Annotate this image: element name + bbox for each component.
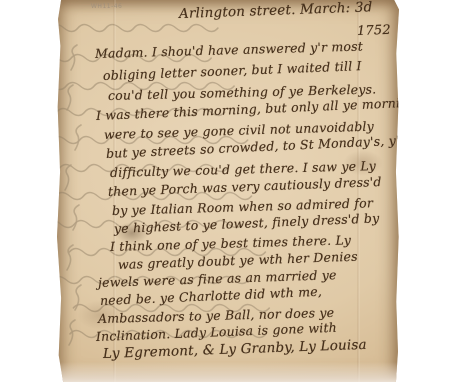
pencil-inscription: WH11-46 [91, 3, 122, 10]
letter-year: 1752 [357, 23, 391, 39]
letter-paper: WH11-46 Arlington street. March: 3d 1752… [57, 0, 399, 382]
letter-scan-photo: WH11-46 Arlington street. March: 3d 1752… [0, 0, 468, 382]
